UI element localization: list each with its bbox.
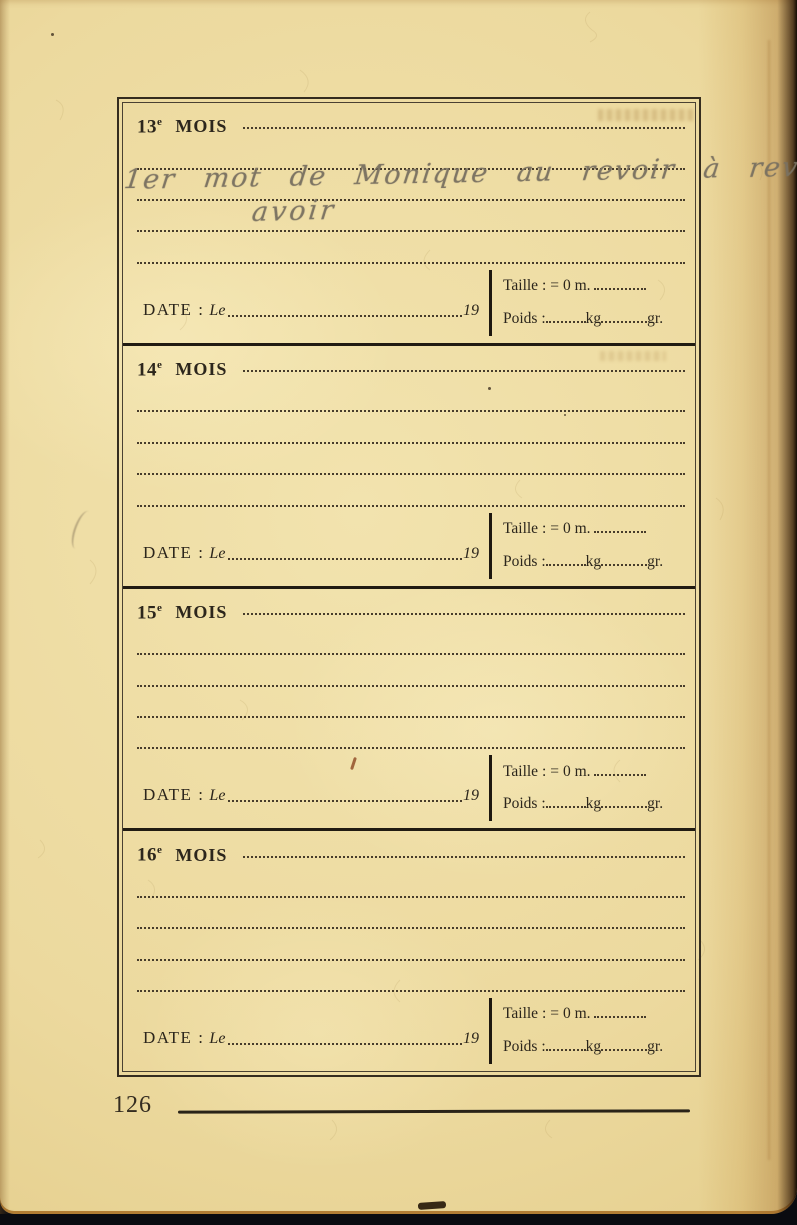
ordinal-suffix: e [157, 602, 162, 614]
poids-line: Poids :kggr. [503, 303, 663, 336]
scan-edge-shadow-right [698, 0, 797, 1214]
pencil-squiggle-mark [68, 509, 96, 552]
taille-dotted-blank [594, 765, 646, 776]
year-prefix: 19 [463, 1030, 479, 1048]
dotted-rule [137, 138, 685, 169]
scanned-page: 13e MOIS DATE : Le 19 [0, 0, 797, 1214]
taille-dotted-blank [594, 279, 646, 290]
year-prefix: 19 [463, 787, 479, 805]
date-row: DATE : Le 19 Taille :=0 m. Poids :kggr. [143, 513, 685, 579]
date-field: DATE : Le 19 [143, 270, 489, 336]
date-dotted-blank [228, 1043, 462, 1045]
date-field: DATE : Le 19 [143, 998, 489, 1064]
scan-edge-shadow-left [0, 0, 10, 1214]
dotted-rule [137, 381, 685, 412]
measurements-block: Taille :=0 m. Poids :kggr. [489, 755, 685, 821]
poids-gr-blank [601, 1040, 647, 1051]
dotted-rule [137, 961, 685, 992]
poids-gr-blank [601, 797, 647, 808]
poids-kg-blank [546, 1040, 586, 1051]
date-label: DATE : [143, 785, 204, 805]
dotted-rule [137, 655, 685, 686]
ordinal-suffix: e [157, 116, 162, 128]
month-number: 16e [137, 844, 162, 866]
date-article: Le [209, 302, 225, 320]
date-article: Le [209, 545, 225, 563]
dotted-rule [137, 624, 685, 655]
date-dotted-blank [228, 315, 462, 317]
paper-speck [564, 414, 566, 416]
year-prefix: 19 [463, 302, 479, 320]
dotted-rule [137, 687, 685, 718]
paper-speck [488, 387, 491, 390]
date-row: DATE : Le 19 Taille :=0 m. Poids :kggr. [143, 755, 685, 821]
poids-kg-blank [546, 312, 586, 323]
month-header: 14e MOIS [137, 359, 685, 381]
poids-line: Poids :kggr. [503, 546, 663, 579]
date-row: DATE : Le 19 Taille :=0 m. Poids :kggr. [143, 270, 685, 336]
date-field: DATE : Le 19 [143, 755, 489, 821]
dotted-rule [137, 718, 685, 749]
poids-gr-blank [601, 312, 647, 323]
date-label: DATE : [143, 1028, 204, 1048]
month-header: 15e MOIS [137, 602, 685, 624]
month-number: 15e [137, 602, 162, 624]
writing-lines [137, 381, 685, 506]
month-number: 13e [137, 116, 162, 138]
paper-speck [51, 33, 54, 36]
month-section-13: 13e MOIS DATE : Le 19 [123, 103, 695, 343]
poids-kg-blank [546, 555, 586, 566]
month-section-14: 14e MOIS DATE : Le 19 [123, 346, 695, 586]
taille-line: Taille :=0 m. [503, 998, 663, 1031]
month-label: MOIS [175, 116, 227, 137]
dotted-rule [137, 170, 685, 201]
date-label: DATE : [143, 300, 204, 320]
dotted-rule [137, 201, 685, 232]
year-prefix: 19 [463, 545, 479, 563]
dotted-leader [243, 370, 685, 372]
poids-gr-blank [601, 555, 647, 566]
dotted-rule [137, 412, 685, 443]
poids-line: Poids :kggr. [503, 1031, 663, 1064]
dotted-rule [137, 898, 685, 929]
poids-line: Poids :kggr. [503, 788, 663, 821]
month-header: 13e MOIS [137, 116, 685, 138]
record-table-inner-border: 13e MOIS DATE : Le 19 [122, 102, 696, 1072]
dotted-rule [137, 929, 685, 960]
dotted-rule [137, 475, 685, 506]
ordinal-suffix: e [157, 844, 162, 856]
page-edge-notch [418, 1201, 446, 1210]
month-label: MOIS [175, 602, 227, 623]
month-section-16: 16e MOIS DATE : Le 19 [123, 831, 695, 1071]
taille-line: Taille :=0 m. [503, 270, 663, 303]
month-number: 14e [137, 359, 162, 381]
taille-dotted-blank [594, 1007, 646, 1018]
footer-rule [178, 1109, 690, 1113]
date-article: Le [209, 1030, 225, 1048]
page-number: 126 [113, 1092, 152, 1119]
poids-kg-blank [546, 797, 586, 808]
month-label: MOIS [175, 845, 227, 866]
taille-line: Taille :=0 m. [503, 513, 663, 546]
writing-lines [137, 138, 685, 263]
dotted-rule [137, 444, 685, 475]
taille-line: Taille :=0 m. [503, 756, 663, 789]
ordinal-suffix: e [157, 359, 162, 371]
dotted-leader [243, 613, 685, 615]
record-table-frame: 13e MOIS DATE : Le 19 [117, 97, 701, 1077]
taille-dotted-blank [594, 522, 646, 533]
dotted-leader [243, 856, 685, 858]
measurements-block: Taille :=0 m. Poids :kggr. [489, 998, 685, 1064]
measurements-block: Taille :=0 m. Poids :kggr. [489, 513, 685, 579]
date-dotted-blank [228, 800, 462, 802]
date-field: DATE : Le 19 [143, 513, 489, 579]
month-header: 16e MOIS [137, 844, 685, 866]
writing-lines [137, 867, 685, 992]
measurements-block: Taille :=0 m. Poids :kggr. [489, 270, 685, 336]
date-row: DATE : Le 19 Taille :=0 m. Poids :kggr. [143, 998, 685, 1064]
dotted-rule [137, 867, 685, 898]
dotted-rule [137, 232, 685, 263]
date-article: Le [209, 787, 225, 805]
month-label: MOIS [175, 359, 227, 380]
writing-lines [137, 624, 685, 749]
date-label: DATE : [143, 543, 204, 563]
month-section-15: 15e MOIS DATE : Le 19 [123, 589, 695, 829]
dotted-leader [243, 127, 685, 129]
date-dotted-blank [228, 558, 462, 560]
paper-crease [768, 40, 770, 1160]
